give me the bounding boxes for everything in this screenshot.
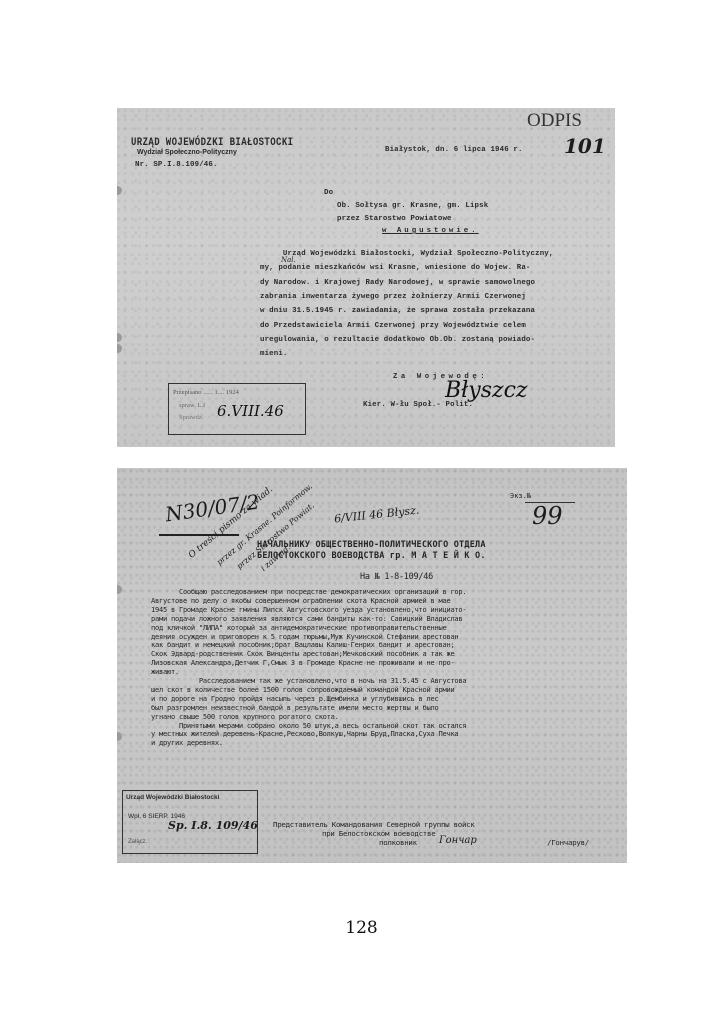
page-number: 128 — [0, 918, 723, 938]
body-line: Urząd Wojewódzki Białostocki, Wydział Sp… — [260, 250, 553, 258]
body-line: uregulowania, o rezultacie dodatkowo Ob.… — [260, 336, 535, 344]
receipt-stamp-line3: Sprawdz. — [179, 414, 203, 421]
body-line: mieni. — [260, 350, 288, 358]
body-line: угнано свыше 500 голов крупного рогатого… — [151, 713, 339, 722]
signature-title: Kier. W-łu Społ.- Polit. — [363, 401, 473, 409]
handwritten-page-number: 99 — [532, 502, 563, 530]
body-line: my, podanie mieszkańców wsi Krasne, wnie… — [260, 264, 531, 272]
addressee-line3: w Augustowie. — [382, 227, 479, 235]
body-line: zabrania inwentarza żywego przez żołnier… — [260, 293, 526, 301]
punch-hole — [117, 333, 122, 342]
receipt-stamp-line2: spraw. L.I — [179, 402, 205, 409]
punch-hole — [117, 344, 122, 353]
receipt-stamp-line1: Urząd Wojewódzki Białostocki — [126, 794, 219, 801]
body-line: do Przedstawiciela Armii Czerwonej przy … — [260, 322, 526, 330]
addressee-line2: przez Starostwo Powiatowe — [337, 215, 452, 223]
reference: На № 1-8-109/46 — [360, 573, 433, 582]
letterhead-department: Wydział Społeczno-Polityczny — [137, 149, 237, 156]
punch-hole — [117, 732, 122, 741]
punch-hole — [117, 186, 122, 195]
document-scan-russian: N30/07/2 O treści pismo za wiad. przez g… — [117, 468, 627, 863]
punch-hole — [117, 585, 122, 594]
body-line: был разгромлен неизвестной бандой в резу… — [151, 704, 438, 713]
signature: Błyszcz — [445, 378, 528, 403]
body-line: Лизовская Александра,Детчик Г,Смык З в Г… — [151, 659, 454, 668]
body-line: рами подачи ложного заявления являются с… — [151, 615, 462, 624]
signature-name: /Гончарув/ — [547, 839, 589, 848]
body-line: dy Narodow. i Krajowej Rady Narodowej, w… — [260, 279, 535, 287]
receipt-stamp-line1: Przepisano ...... 1.... 1924 — [173, 389, 239, 396]
handwritten-date: 6/VIII 46 Błysz. — [334, 504, 420, 526]
body-line: под кличкой "ЛИПА" который за антидемокр… — [151, 624, 446, 633]
document-scan-polish: ODPIS 101 URZĄD WOJEWÓDZKI BIAŁOSTOCKI W… — [117, 108, 615, 447]
body-line: w dniu 31.5.1945 r. zawiadamia, że spraw… — [260, 307, 535, 315]
receipt-stamp-handwritten: Sp. I.8. 109/46 — [168, 819, 258, 832]
underline-stroke — [159, 534, 239, 536]
addressee-line2: БЕЛОСТОКСКОГО ВОЕВОДСТВА гр. М А Т Е Й К… — [257, 552, 486, 561]
receipt-stamp-handwritten: 6.VIII.46 — [217, 402, 284, 420]
reference-number: Nr. SP.I.8.109/46. — [135, 161, 218, 169]
letterhead-office: URZĄD WOJEWÓDZKI BIAŁOSTOCKI — [131, 136, 293, 149]
addressee-line1: НАЧАЛЬНИКУ ОБЩЕСТВЕННО-ПОЛИТИЧЕСКОГО ОТД… — [257, 541, 486, 550]
addressee-line1: Ob. Sołtysa gr. Krasne, gm. Lipsk — [337, 202, 488, 210]
receipt-stamp: Urząd Wojewódzki Białostocki Wpł. 6 SIER… — [122, 790, 258, 854]
registration-number: Экз.№ — [510, 492, 531, 500]
odpis-stamp: ODPIS — [527, 110, 582, 132]
signature-rank: полковник — [379, 839, 417, 848]
place-date: Białystok, dn. 6 lipca 1946 r. — [385, 146, 523, 154]
handwritten-page-number: 101 — [564, 134, 606, 158]
receipt-stamp-line3: Załącz. — [128, 839, 147, 845]
signature: Гончар — [439, 835, 477, 846]
body-line: и других деревнях. — [151, 739, 223, 748]
addressee-do: Do — [324, 189, 333, 197]
receipt-stamp: Przepisano ...... 1.... 1924 spraw. L.I … — [168, 383, 306, 435]
